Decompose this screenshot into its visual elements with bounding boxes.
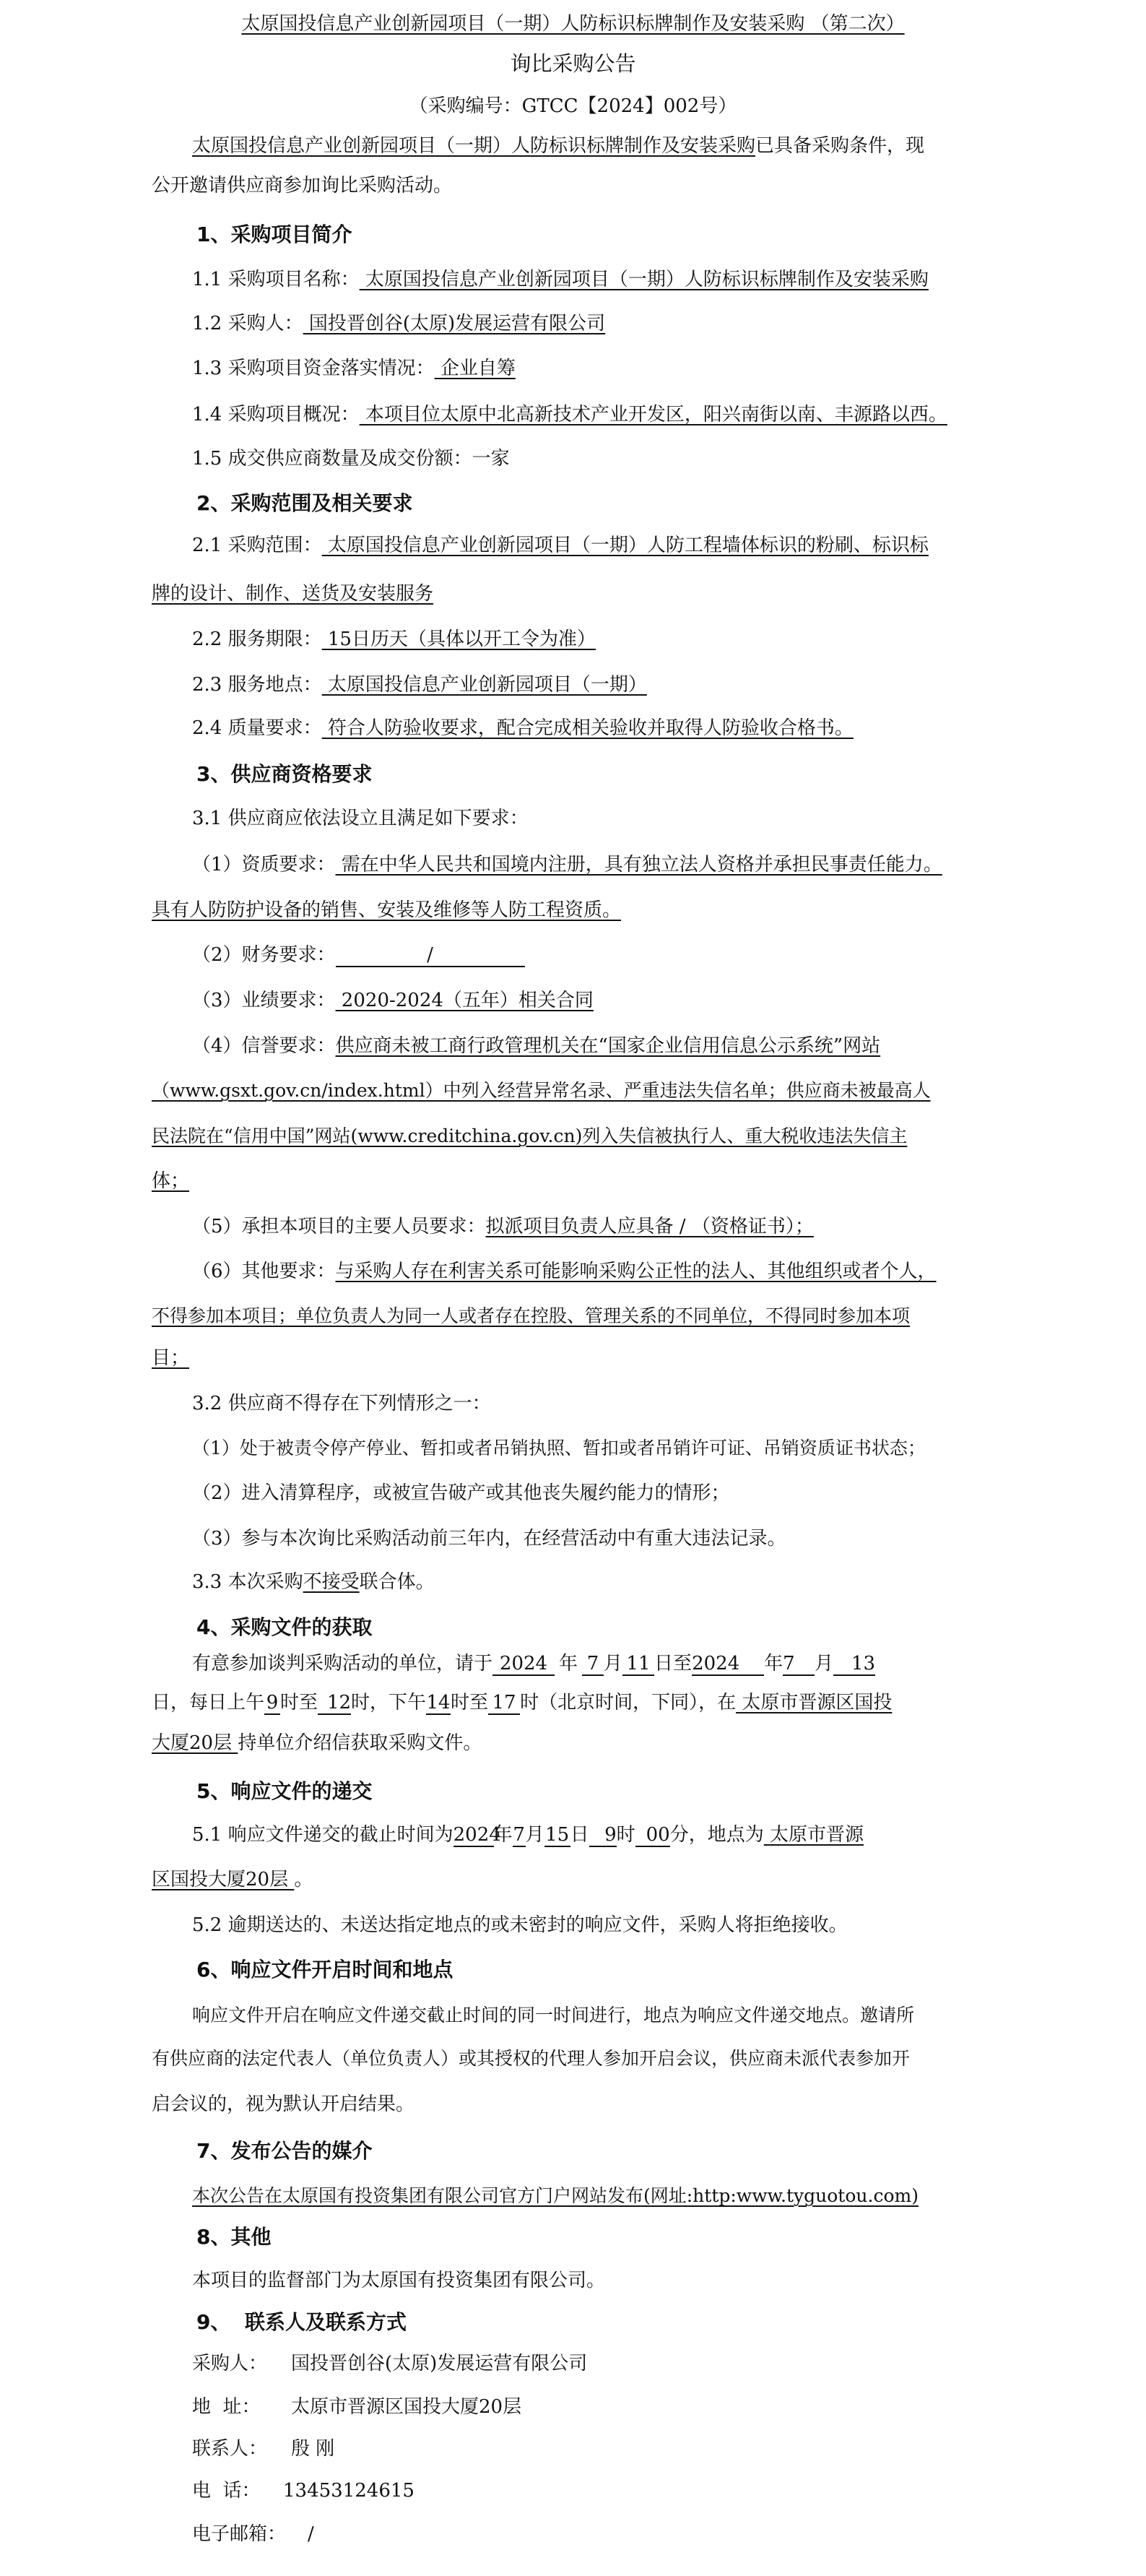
deadline-line-1: 5.1 响应文件递交的截止时间为2024年7月15日9时00分，地点为 太原市晋… (192, 1823, 864, 1847)
req-6: （6）其他要求：与采购人存在利害关系可能影响采购公正性的法人、其他组织或者个人， (192, 1259, 937, 1284)
req-6-cont-1: 不得参加本项目；单位负责人为同一人或者存在控股、管理关系的不同单位，不得同时参加… (152, 1304, 910, 1328)
item-2-4: 2.4 质量要求： 符合人防验收要求，配合完成相关验收并取得人防验收合格书。 (192, 716, 854, 740)
contact-email: 电子邮箱：/ (192, 2522, 314, 2546)
acquisition-line-2: 日，每日上午9时至12时，下午14时至17时（北京时间，下同），在 太原市晋源区… (152, 1690, 892, 1715)
deadline-line-2: 区国投大厦20层 。 (152, 1867, 313, 1892)
item-2-3: 2.3 服务地点： 太原国投信息产业创新园项目（一期） (192, 673, 647, 697)
acquisition-place: 太原市晋源区国投 (736, 1692, 892, 1713)
section-heading-2: 2、采购范围及相关要求 (196, 491, 412, 516)
am-start: 9 (264, 1692, 280, 1715)
req-4-cont-1: （www.gsxt.gov.cn/index.html）中列入经营异常名录、严重… (152, 1079, 931, 1103)
opening-line-2: 有供应商的法定代表人（单位负责人）或其授权的代理人参加开启会议，供应商未派代表参… (152, 2046, 910, 2071)
section-heading-1: 1、采购项目简介 (196, 222, 352, 247)
condition-1: （1）处于被责令停产停业、暂扣或者吊销执照、暂扣或者吊销许可证、吊销资质证书状态… (192, 1436, 926, 1461)
item-1-3: 1.3 采购项目资金落实情况： 企业自筹 (192, 356, 516, 381)
contact-address: 地 址：太原市晋源区国投大厦20层 (192, 2395, 521, 2419)
intro-line-1: 太原国投信息产业创新园项目（一期）人防标识标牌制作及安装采购已具备采购条件，现 (192, 134, 924, 158)
am-end: 12 (318, 1692, 351, 1715)
item-2-1-cont: 牌的设计、制作、送货及安装服务 (152, 582, 433, 606)
item-1-2: 1.2 采购人： 国投晋创谷(太原)发展运营有限公司 (192, 311, 605, 336)
end-month: 7 (783, 1653, 815, 1676)
project-title: 太原国投信息产业创新园项目（一期）人防标识标牌制作及安装采购 （第二次） (0, 12, 1146, 36)
item-1-5: 1.5 成交供应商数量及成交份额：一家 (192, 446, 510, 471)
procurement-code: （采购编号：GTCC【2024】002号） (0, 94, 1146, 118)
intro-line-2: 公开邀请供应商参加询比采购活动。 (152, 173, 452, 198)
pm-start: 14 (426, 1692, 451, 1715)
start-month: 7 (582, 1653, 604, 1676)
media-line: 本次公告在太原国有投资集团有限公司官方门户网站发布(网址:http:www.ty… (192, 2184, 919, 2208)
item-5-2: 5.2 逾期送达的、未送达指定地点的或未密封的响应文件，采购人将拒绝接收。 (192, 1913, 848, 1937)
req-3: （3）业绩要求： 2020-2024（五年）相关合同 (192, 988, 594, 1013)
req-4: （4）信誉要求：供应商未被工商行政管理机关在“国家企业信用信息公示系统”网站 (192, 1034, 880, 1058)
item-2-1: 2.1 采购范围： 太原国投信息产业创新园项目（一期）人防工程墙体标识的粉刷、标… (192, 533, 929, 558)
req-1-cont: 具有人防防护设备的销售、安装及维修等人防工程资质。 (152, 898, 621, 922)
section-heading-4: 4、采购文件的获取 (196, 1615, 372, 1640)
deadline-minute: 00 (635, 1824, 670, 1847)
contact-person: 联系人：殷 刚 (192, 2437, 334, 2461)
acquisition-line-1: 有意参加谈判采购活动的单位，请于2024年7月11日至2024年7月13 (192, 1651, 875, 1676)
section-heading-6: 6、响应文件开启时间和地点 (196, 1958, 453, 1982)
contact-purchaser: 采购人：国投晋创谷(太原)发展运营有限公司 (192, 2351, 587, 2376)
condition-2: （2）进入清算程序，或被宣告破产或其他丧失履约能力的情形； (192, 1481, 730, 1505)
contact-phone: 电 话：13453124615 (192, 2478, 414, 2503)
opening-line-3: 启会议的，视为默认开启结果。 (152, 2092, 414, 2117)
section-heading-5: 5、响应文件的递交 (196, 1779, 372, 1804)
supervision-line: 本项目的监督部门为太原国有投资集团有限公司。 (192, 2268, 605, 2293)
end-year: 2024 (692, 1653, 764, 1676)
item-3-2: 3.2 供应商不得存在下列情形之一： (192, 1391, 491, 1416)
pm-end: 17 (488, 1692, 520, 1715)
item-3-3: 3.3 本次采购不接受联合体。 (192, 1570, 435, 1594)
condition-3: （3）参与本次询比采购活动前三年内，在经营活动中有重大违法记录。 (192, 1526, 786, 1551)
item-3-1: 3.1 供应商应依法设立且满足如下要求： (192, 806, 529, 831)
document-title: 询比采购公告 (0, 51, 1146, 76)
item-1-1: 1.1 采购项目名称： 太原国投信息产业创新园项目（一期）人防标识标牌制作及安装… (192, 267, 929, 292)
intro-project-name: 太原国投信息产业创新园项目（一期）人防标识标牌制作及安装采购 (192, 135, 755, 157)
deadline-hour: 9 (589, 1824, 617, 1847)
req-6-cont-2: 目； (152, 1346, 189, 1370)
req-2: （2）财务要求：/ (192, 943, 525, 967)
section-heading-7: 7、发布公告的媒介 (196, 2139, 372, 2164)
item-1-4: 1.4 采购项目概况： 本项目位太原中北高新技术产业开发区，阳兴南街以南、丰源路… (192, 402, 947, 427)
deadline-year: 2024 (453, 1824, 494, 1847)
deadline-month: 7 (513, 1824, 526, 1847)
financial-requirement-value: / (336, 944, 525, 967)
start-year: 2024 (492, 1653, 555, 1676)
item-2-2: 2.2 服务期限： 15日历天（具体以开工令为准） (192, 627, 596, 652)
req-4-cont-2: 民法院在“信用中国”网站(www.creditchina.gov.cn)列入失信… (152, 1124, 907, 1149)
req-5: （5）承担本项目的主要人员要求：拟派项目负责人应具备 / （资格证书）； (192, 1214, 814, 1239)
start-day: 11 (622, 1653, 654, 1676)
opening-line-1: 响应文件开启在响应文件递交截止时间的同一时间进行，地点为响应文件递交地点。邀请所 (192, 2003, 914, 2028)
acquisition-line-3: 大厦20层 持单位介绍信获取采购文件。 (152, 1731, 482, 1755)
end-day: 13 (833, 1653, 875, 1676)
req-1: （1）资质要求： 需在中华人民共和国境内注册，具有独立法人资格并承担民事责任能力… (192, 852, 942, 877)
section-heading-3: 3、供应商资格要求 (196, 762, 372, 787)
section-heading-9: 9、 联系人及联系方式 (196, 2310, 407, 2335)
deadline-day: 15 (544, 1824, 570, 1847)
submission-place: 太原市晋源 (764, 1824, 864, 1846)
req-4-cont-3: 体； (152, 1169, 189, 1193)
section-heading-8: 8、其他 (196, 2225, 271, 2249)
